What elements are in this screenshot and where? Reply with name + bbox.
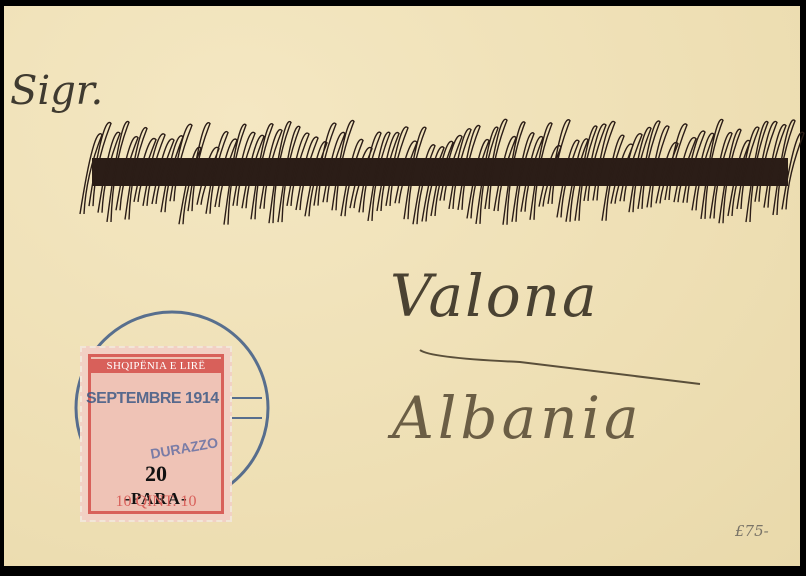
pencil-price-note: £75-: [735, 522, 769, 540]
stamp-country-text: SHQIPËNIA E LIRË: [91, 359, 221, 373]
country-handwriting: Albania: [392, 384, 643, 452]
city-handwriting: Valona: [390, 262, 599, 330]
salutation-handwriting: Sigr.: [10, 68, 103, 114]
underline-stroke: [420, 350, 700, 384]
postmark-date: SEPTEMBRE 1914: [86, 390, 219, 408]
stamp-frame: SHQIPËNIA E LIRË 20 -PARA- 10 QINT. 10: [88, 354, 224, 514]
redaction-scribble: [80, 119, 804, 224]
stamp-original-value: 10 QINT. 10: [91, 493, 221, 511]
postage-stamp: SHQIPËNIA E LIRË 20 -PARA- 10 QINT. 10: [80, 346, 232, 522]
surcharge-value: 20: [91, 461, 221, 487]
envelope-scan: Sigr. Valona Albania SHQIPËNIA E LIRË 20…: [0, 0, 806, 576]
